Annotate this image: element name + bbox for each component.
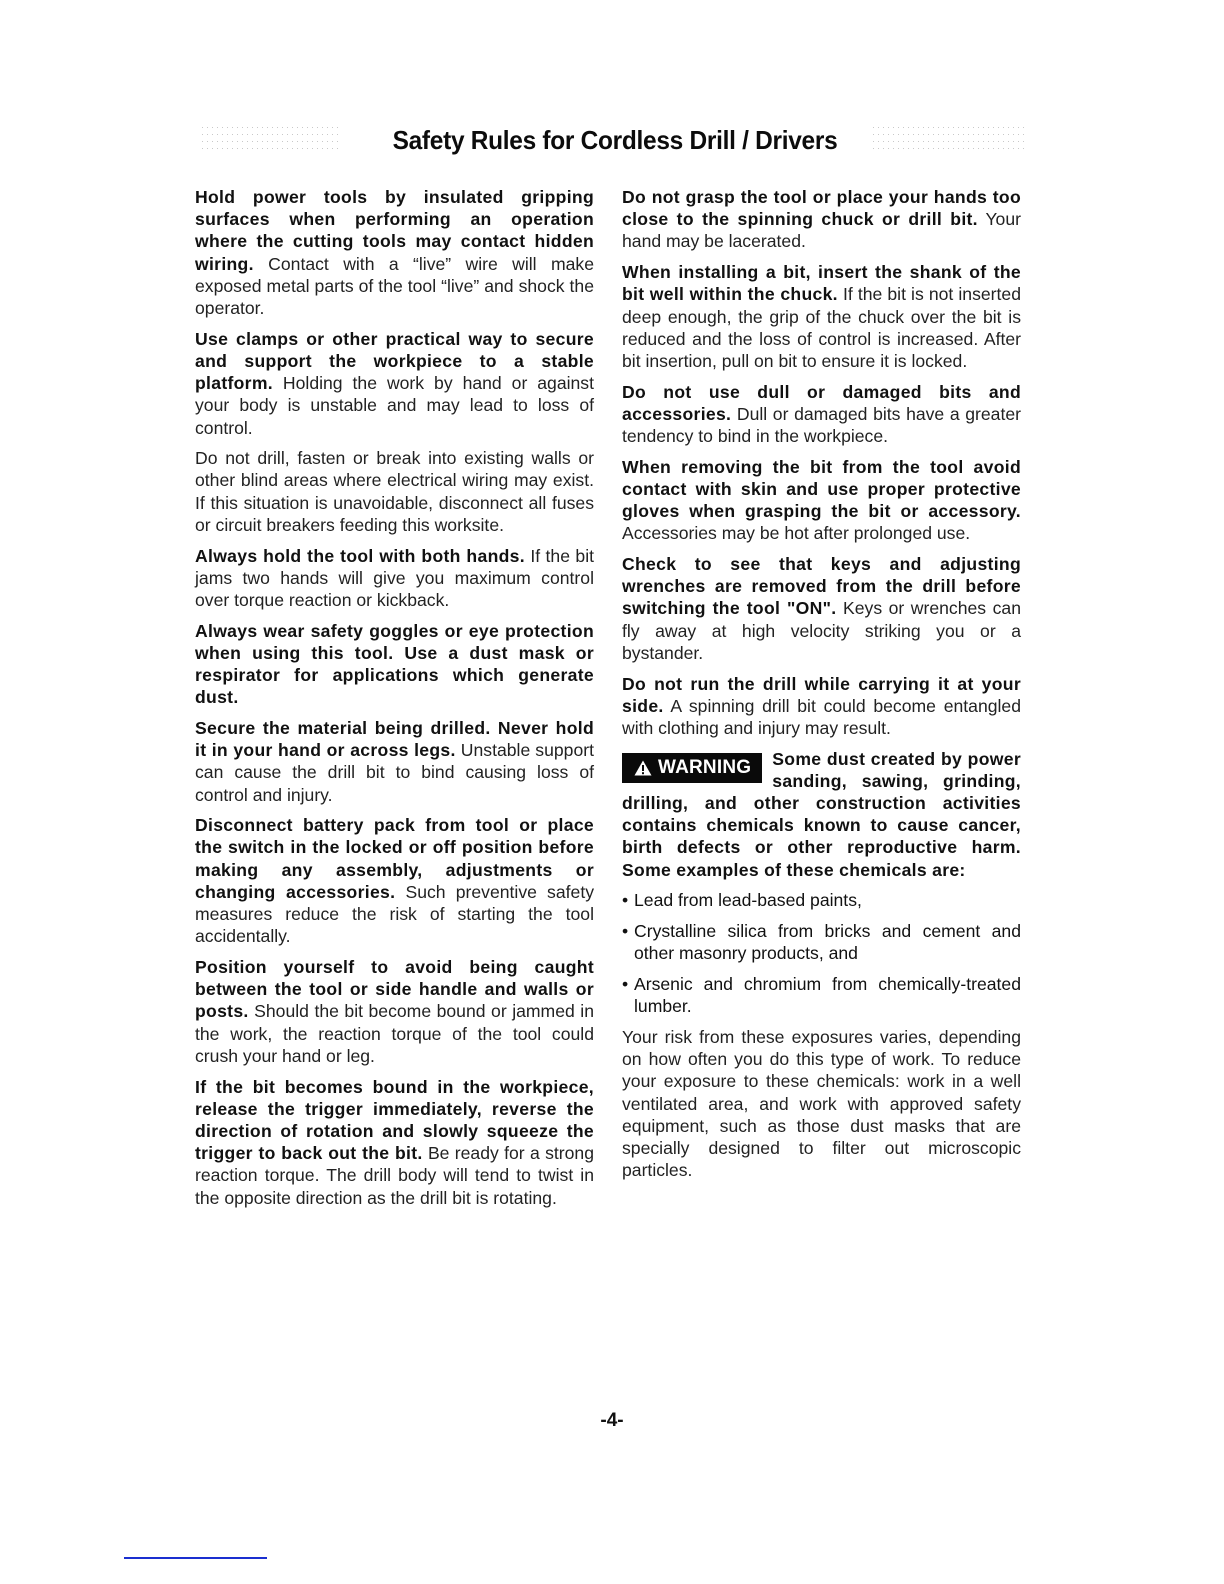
footer-rule [124,1557,267,1559]
rule-heading: Always wear safety goggles or eye protec… [195,621,594,708]
safety-rule: If the bit becomes bound in the workpiec… [195,1076,594,1209]
safety-rule: Disconnect battery pack from tool or pla… [195,814,594,947]
safety-rule: Always wear safety goggles or eye protec… [195,620,594,709]
exposure-note: Your risk from these exposures varies, d… [622,1026,1021,1181]
safety-rule: Always hold the tool with both hands. If… [195,545,594,612]
rule-heading: When removing the bit from the tool avoi… [622,457,1021,521]
right-column: Do not grasp the tool or place your hand… [622,186,1021,1190]
warning-label: WARNING [658,757,751,779]
title-band: Safety Rules for Cordless Drill / Driver… [202,124,1028,156]
rule-body: Contact with a “live” wire will make exp… [195,254,594,318]
list-item: Arsenic and chromium from chemically-tre… [622,973,1021,1017]
exposure-note-text: Your risk from these exposures varies, d… [622,1027,1021,1180]
safety-rule: Do not run the drill while carrying it a… [622,673,1021,740]
safety-rule: Secure the material being drilled. Never… [195,717,594,806]
safety-rule: When installing a bit, insert the shank … [622,261,1021,372]
rule-heading: Do not grasp the tool or place your hand… [622,187,1021,229]
warning-triangle-icon [634,760,652,776]
safety-rule: When removing the bit from the tool avoi… [622,456,1021,545]
safety-rule: Use clamps or other practical way to sec… [195,328,594,439]
page-number: -4- [0,1410,1224,1432]
safety-rule: Do not drill, fasten or break into exist… [195,447,594,536]
warning-block: WARNING Some dust created by power sandi… [622,748,1021,881]
rule-body: Should the bit become bound or jammed in… [195,1001,594,1065]
safety-rule: Do not use dull or damaged bits and acce… [622,381,1021,448]
rule-body: Do not drill, fasten or break into exist… [195,448,594,535]
left-column: Hold power tools by insulated gripping s… [195,186,594,1217]
safety-rule: Hold power tools by insulated gripping s… [195,186,594,319]
safety-rule: Position yourself to avoid being caught … [195,956,594,1067]
rule-body: Accessories may be hot after prolonged u… [622,523,970,543]
rule-body: A spinning drill bit could become entang… [622,696,1021,738]
rule-heading: Always hold the tool with both hands. [195,546,525,566]
list-item: Lead from lead-based paints, [622,889,1021,911]
list-item: Crystalline silica from bricks and cemen… [622,920,1021,964]
safety-rule: Do not grasp the tool or place your hand… [622,186,1021,253]
chemical-list: Lead from lead-based paints, Crystalline… [622,889,1021,1017]
safety-rule: Check to see that keys and adjusting wre… [622,553,1021,664]
warning-badge: WARNING [622,753,762,783]
page-title: Safety Rules for Cordless Drill / Driver… [227,124,1003,156]
